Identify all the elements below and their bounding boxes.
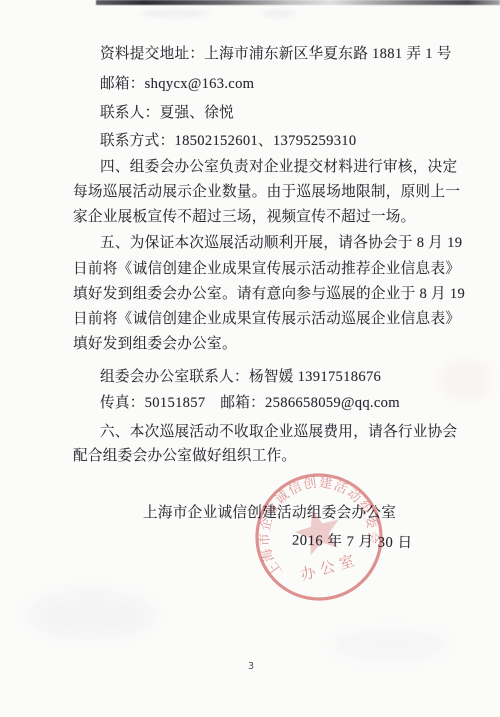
scan-smudge <box>330 630 450 660</box>
document-line: 组委会办公室联系人：杨智媛 13917518676 <box>73 367 465 387</box>
scan-artifact-band <box>96 0 500 5</box>
document-line: 日前将《诚信创建企业成果宣传展示活动推荐企业信息表》 <box>73 259 438 279</box>
document-line: 五、为保证本次巡展活动顺利开展，请各协会于 8 月 19 <box>73 233 465 253</box>
document-line: 六、本次巡展活动不收取企业巡展费用，请各行业协会 <box>73 422 465 442</box>
document-line: 填好发到组委会办公室。请有意向参与巡展的企业于 8 月 19 <box>73 284 438 304</box>
document-line: 资料提交地址：上海市浦东新区华夏东路 1881 弄 1 号 <box>73 44 465 64</box>
document-line: 邮箱：shqycx@163.com <box>73 74 465 94</box>
signature-date: 2016 年 7 月 30 日 <box>292 529 413 553</box>
seal-office-text: 办公室 <box>299 551 361 584</box>
document-line: 家企业展板宣传不超过三场，视频宣传不超过一场。 <box>73 207 438 227</box>
document-line: 每场巡展活动展示企业数量。由于巡展场地限制，原则上一 <box>73 182 438 202</box>
document-line: 配合组委会办公室做好组织工作。 <box>73 446 438 466</box>
document-line: 联系人：夏强、徐悦 <box>73 103 465 123</box>
signature-org: 上海市企业诚信创建活动组委会办公室 <box>143 501 396 522</box>
scanned-document-page: 资料提交地址：上海市浦东新区华夏东路 1881 弄 1 号 邮箱：shqycx@… <box>0 0 500 717</box>
document-line: 日前将《诚信创建企业成果宣传展示活动巡展企业信息表》 <box>73 309 438 329</box>
scan-smudge <box>262 9 296 18</box>
scan-smudge <box>140 9 210 18</box>
scan-smudge <box>26 590 156 640</box>
document-line: 联系方式：18502152601、13795259310 <box>73 131 465 151</box>
document-line: 填好发到组委会办公室。 <box>73 334 438 354</box>
page-number: 3 <box>243 661 259 672</box>
document-line: 传真：50151857 邮箱：2586658059@qq.com <box>73 393 465 413</box>
document-line: 四、组委会办公室负责对企业提交材料进行审核，决定 <box>73 157 465 177</box>
